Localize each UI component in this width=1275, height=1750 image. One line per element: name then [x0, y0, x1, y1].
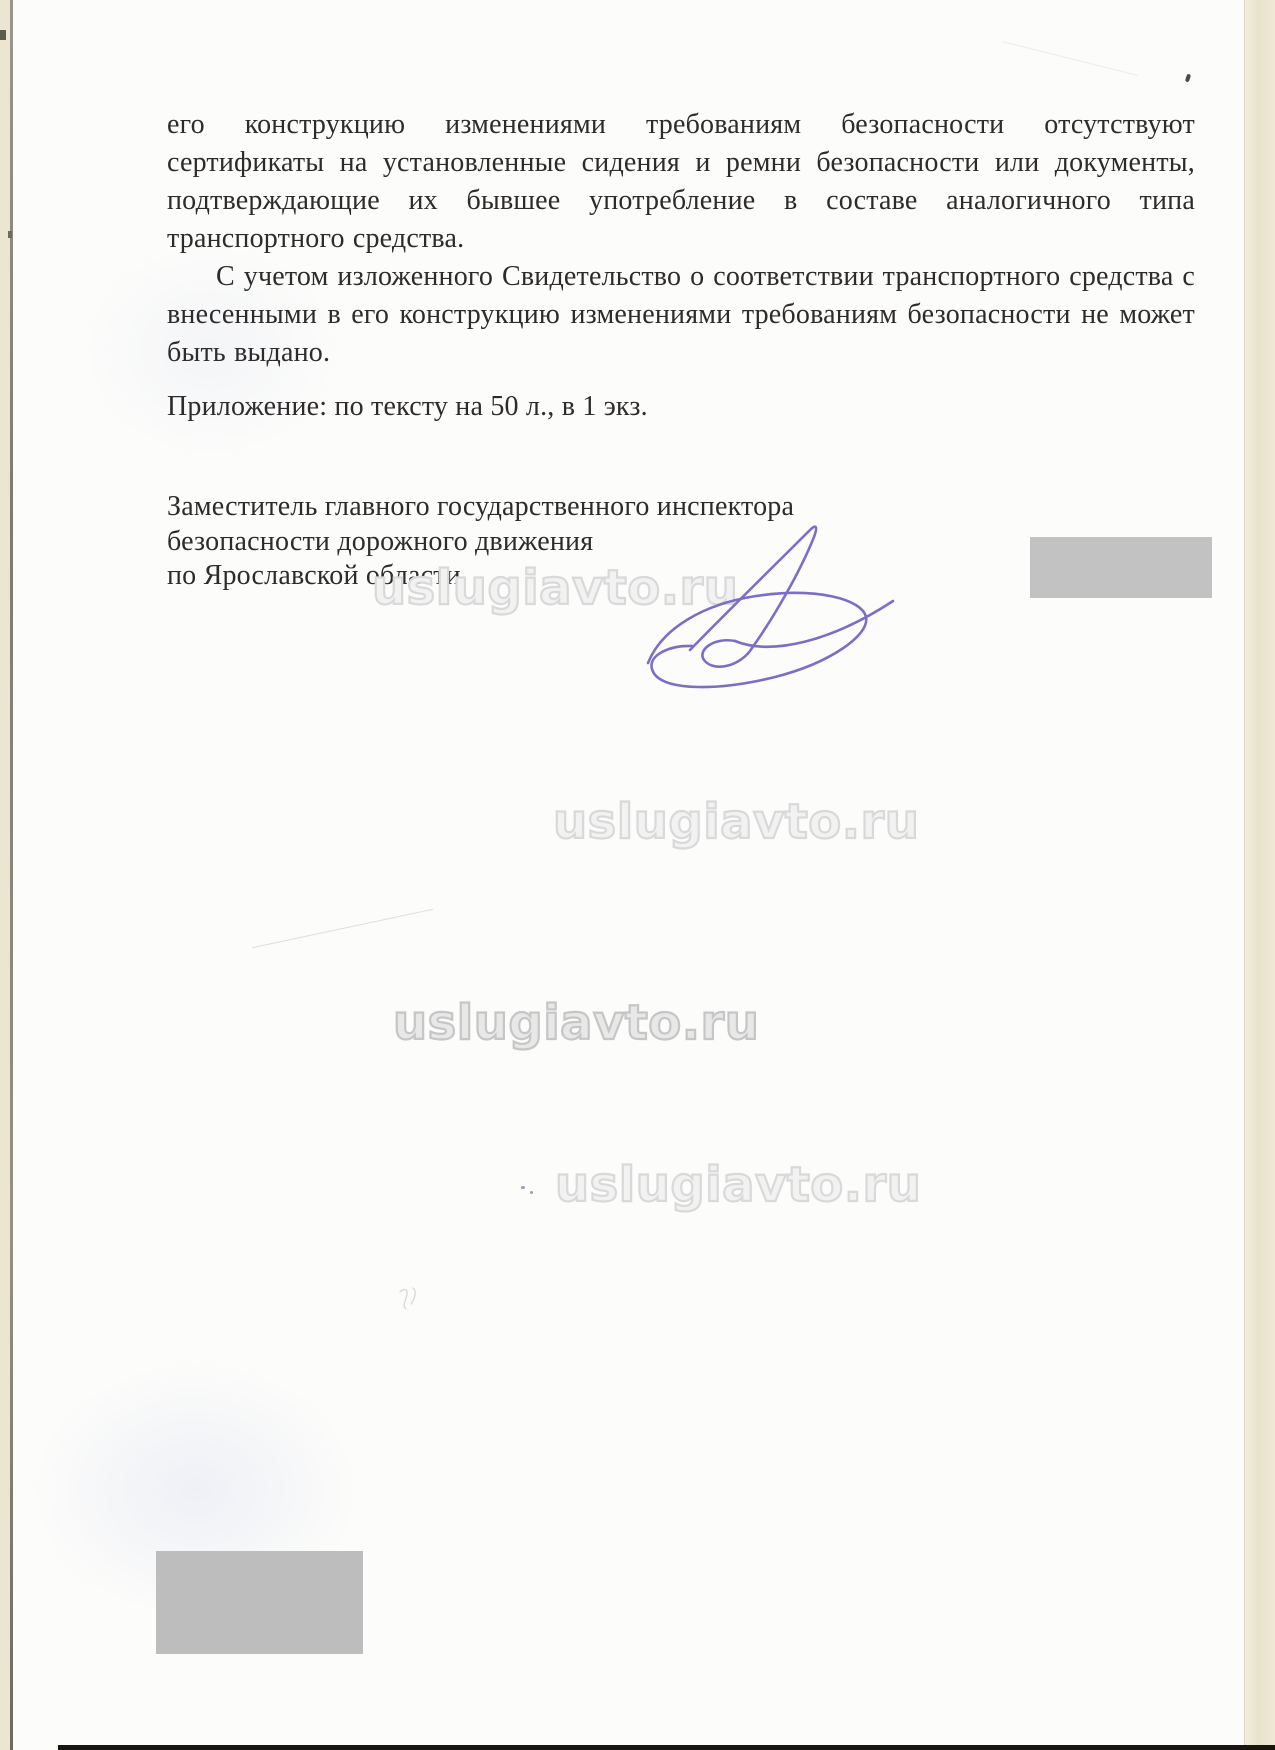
scan-crease [1002, 41, 1138, 76]
letter-body: его конструкцию изменениями требованиям … [167, 106, 1195, 372]
scanned-letter-page: его конструкцию изменениями требованиям … [0, 0, 1275, 1750]
scan-bottom-edge [58, 1745, 1275, 1750]
scan-speck [8, 231, 12, 238]
faint-pencil-mark [394, 1282, 428, 1316]
attachment-line: Приложение: по тексту на 50 л., в 1 экз. [167, 391, 648, 423]
site-watermark: uslugiavto.ru [393, 998, 759, 1048]
scan-crease [252, 909, 433, 948]
scan-speck [0, 30, 6, 40]
ink-speck [530, 1191, 533, 1194]
ink-speck [521, 1186, 525, 1189]
scan-speck [1185, 74, 1191, 83]
scan-left-edge-line [10, 0, 13, 1750]
redaction-box-bottom-left [156, 1551, 363, 1654]
site-watermark: uslugiavto.ru [555, 1160, 921, 1210]
paragraph-conclusion: С учетом изложенного Свидетельство о соо… [167, 258, 1195, 372]
scan-right-edge [1244, 0, 1275, 1750]
paragraph-continuation: его конструкцию изменениями требованиям … [167, 106, 1195, 258]
redaction-box-top-right [1030, 537, 1212, 598]
scan-left-edge [0, 0, 10, 1750]
site-watermark: uslugiavto.ru [553, 797, 919, 847]
handwritten-signature [600, 495, 910, 705]
